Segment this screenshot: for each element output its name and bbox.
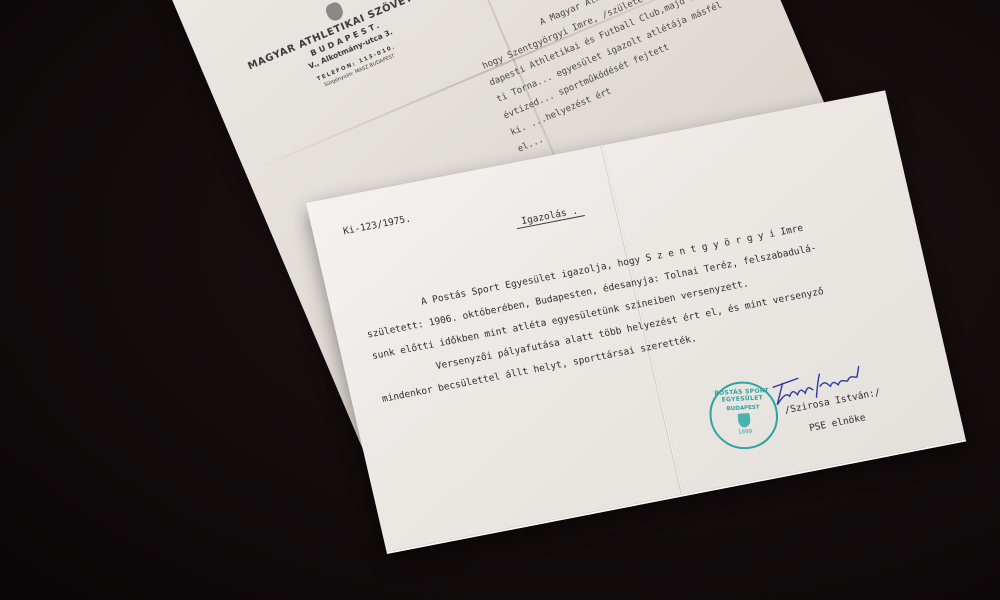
reference-number: Ki-123/1975. bbox=[342, 213, 412, 237]
stamp-city: BUDAPEST bbox=[711, 404, 776, 413]
letter-line: el... bbox=[516, 135, 545, 155]
stamp-year: 1899 bbox=[713, 428, 778, 437]
photo-scene: MAGYAR ATHLETIKAI SZÖVETSÉG BUDAPEST. V.… bbox=[0, 0, 1000, 600]
crest-icon bbox=[324, 0, 346, 23]
shield-icon bbox=[738, 413, 751, 428]
signatory-title: PSE elnöke bbox=[808, 412, 867, 434]
stamp-ring-text: POSTÁS SPORT EGYESÜLET bbox=[709, 387, 774, 404]
certificate-line: született: 1906. októberében, Budapesten… bbox=[366, 243, 818, 341]
certificate-title: Igazolás . bbox=[514, 204, 585, 229]
masz-letterhead: MAGYAR ATHLETIKAI SZÖVETSÉG BUDAPEST. V.… bbox=[225, 0, 466, 118]
